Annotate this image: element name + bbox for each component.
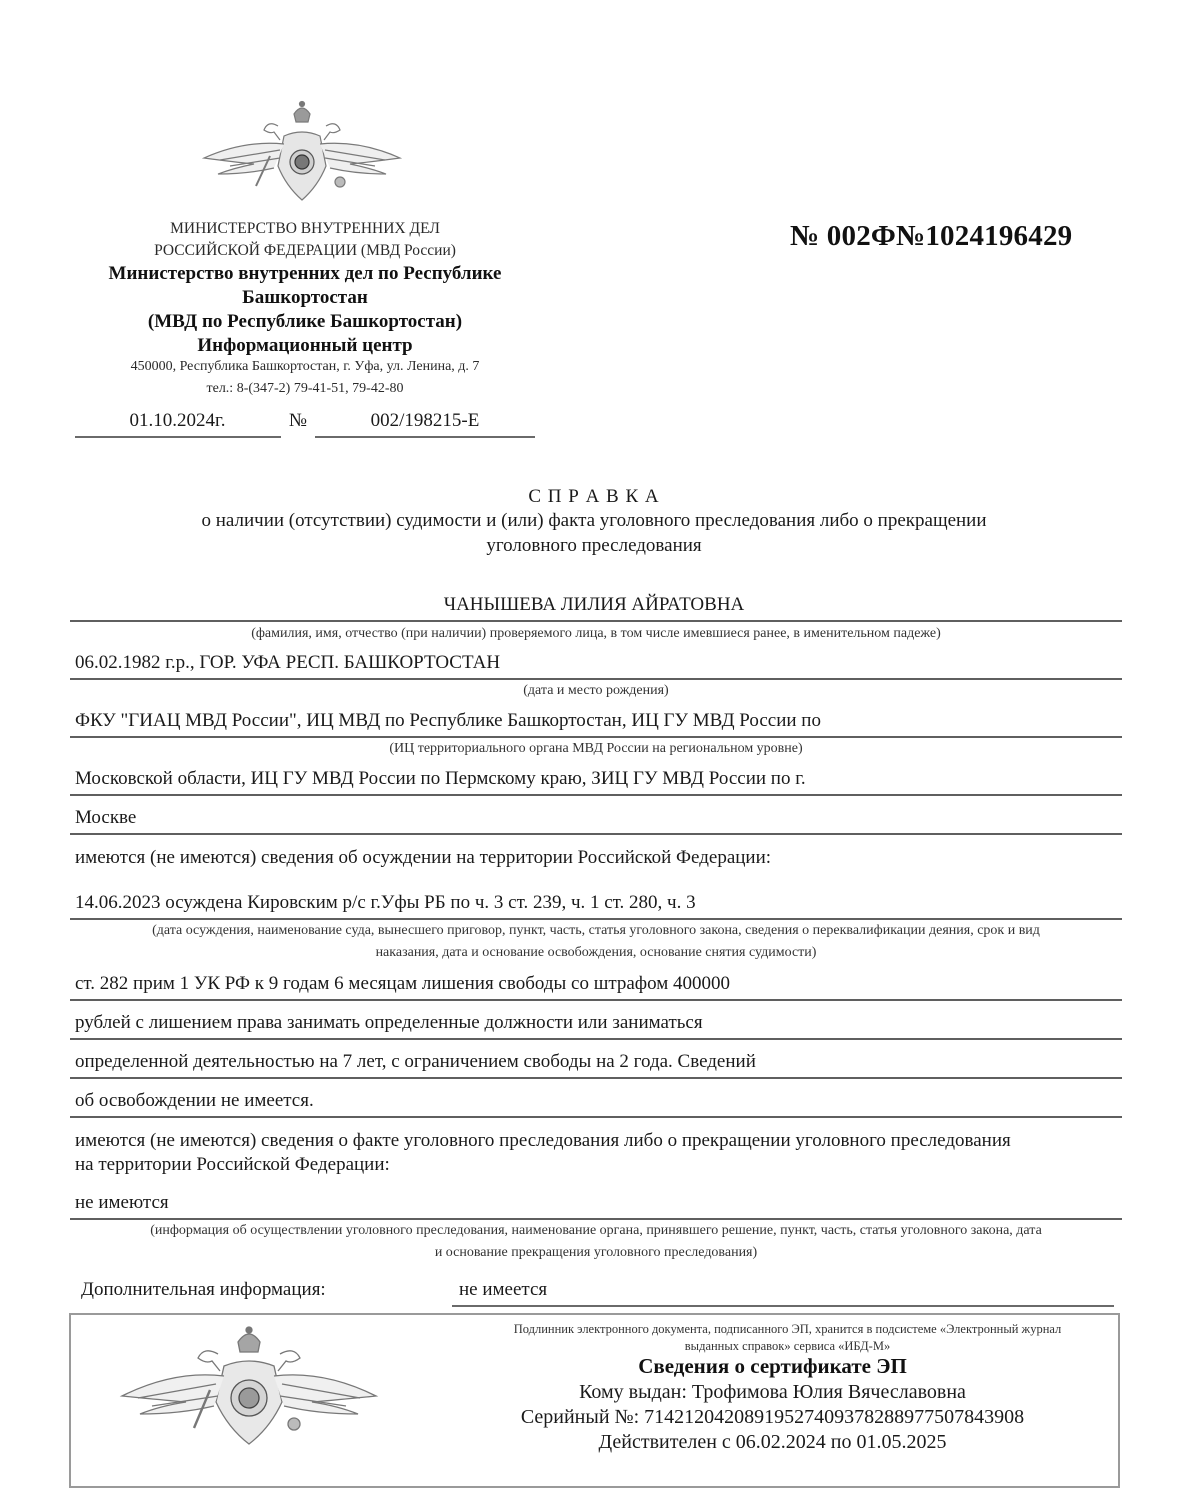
- certificate-note-line-1: Подлинник электронного документа, подпис…: [450, 1321, 1125, 1338]
- ministry-line-2: РОССИЙСКОЙ ФЕДЕРАЦИИ (МВД России): [60, 242, 550, 260]
- additional-info-underline: [452, 1305, 1114, 1307]
- registration-number-underline: [315, 436, 535, 438]
- document-subtitle-line-2: уголовного преследования: [0, 535, 1188, 557]
- birth-caption: (дата и место рождения): [70, 680, 1122, 702]
- certificate-title: Сведения о сертификате ЭП: [450, 1354, 1095, 1379]
- conviction-caption-line-2: наказания, дата и основание освобождения…: [70, 942, 1122, 964]
- certificate-validity: Действителен с 06.02.2024 по 01.05.2025: [450, 1431, 1095, 1454]
- department-line-2: Башкортостан: [60, 287, 550, 309]
- prosecution-label-line-1: имеются (не имеются) сведения о факте уг…: [75, 1130, 1011, 1152]
- registration-number: 002/198215-E: [315, 410, 535, 432]
- conviction-underline-5: [70, 1116, 1122, 1118]
- document-heading: С П Р А В К А: [0, 486, 1188, 508]
- info-centers-line-2: Московской области, ИЦ ГУ МВД России по …: [75, 768, 806, 790]
- conviction-label: имеются (не имеются) сведения об осужден…: [75, 847, 771, 869]
- certificate-note-line-2: выданных справок» сервиса «ИБД-М»: [450, 1338, 1125, 1355]
- conviction-line-4: определенной деятельностью на 7 лет, с о…: [75, 1051, 756, 1073]
- certificate-issued-to: Кому выдан: Трофимова Юлия Вячеславовна: [450, 1381, 1095, 1404]
- phone: тел.: 8-(347-2) 79-41-51, 79-42-80: [60, 381, 550, 397]
- full-name-caption: (фамилия, имя, отчество (при наличии) пр…: [70, 623, 1122, 645]
- prosecution-caption-line-1: (информация об осуществлении уголовного …: [70, 1220, 1122, 1242]
- conviction-underline-4: [70, 1077, 1122, 1079]
- prosecution-caption-line-2: и основание прекращения уголовного пресл…: [70, 1242, 1122, 1264]
- full-name-underline: [70, 620, 1122, 622]
- issue-date-underline: [75, 436, 281, 438]
- document-subtitle-line-1: о наличии (отсутствии) судимости и (или)…: [0, 510, 1188, 532]
- additional-info-label: Дополнительная информация:: [81, 1279, 326, 1301]
- prosecution-value: не имеются: [75, 1192, 169, 1214]
- info-centers-caption: (ИЦ территориального органа МВД России н…: [70, 738, 1122, 760]
- document-number: № 002Ф№1024196429: [790, 220, 1072, 253]
- conviction-caption-line-1: (дата осуждения, наименование суда, выне…: [70, 920, 1122, 942]
- info-centers-line-1: ФКУ "ГИАЦ МВД России", ИЦ МВД по Республ…: [75, 710, 821, 732]
- conviction-underline-3: [70, 1038, 1122, 1040]
- conviction-line-3: рублей с лишением права занимать определ…: [75, 1012, 703, 1034]
- info-centers-underline-2: [70, 794, 1122, 796]
- conviction-line-1: 14.06.2023 осуждена Кировским р/с г.Уфы …: [75, 892, 696, 914]
- additional-info-value: не имеется: [459, 1279, 547, 1301]
- issue-date: 01.10.2024г.: [75, 410, 280, 432]
- conviction-line-5: об освобождении не имеется.: [75, 1090, 314, 1112]
- conviction-line-2: ст. 282 прим 1 УК РФ к 9 годам 6 месяцам…: [75, 973, 730, 995]
- info-centers-underline-3: [70, 833, 1122, 835]
- department-line-4: Информационный центр: [60, 335, 550, 357]
- birth-info: 06.02.1982 г.р., ГОР. УФА РЕСП. БАШКОРТО…: [75, 652, 500, 674]
- info-centers-line-3: Москве: [75, 807, 136, 829]
- mvd-emblem-icon: [200, 96, 405, 216]
- department-line-3: (МВД по Республике Башкортостан): [60, 311, 550, 333]
- conviction-underline-2: [70, 999, 1122, 1001]
- address: 450000, Республика Башкортостан, г. Уфа,…: [60, 359, 550, 375]
- prosecution-label-line-2: на территории Российской Федерации:: [75, 1154, 390, 1176]
- department-line-1: Министерство внутренних дел по Республик…: [60, 263, 550, 285]
- person-full-name: ЧАНЫШЕВА ЛИЛИЯ АЙРАТОВНА: [0, 594, 1188, 616]
- mvd-emblem-icon: [118, 1320, 380, 1448]
- ministry-line-1: МИНИСТЕРСТВО ВНУТРЕННИХ ДЕЛ: [60, 220, 550, 238]
- number-sign: №: [286, 410, 310, 432]
- certificate-serial: Серийный №: 7142120420891952740937828897…: [450, 1406, 1095, 1429]
